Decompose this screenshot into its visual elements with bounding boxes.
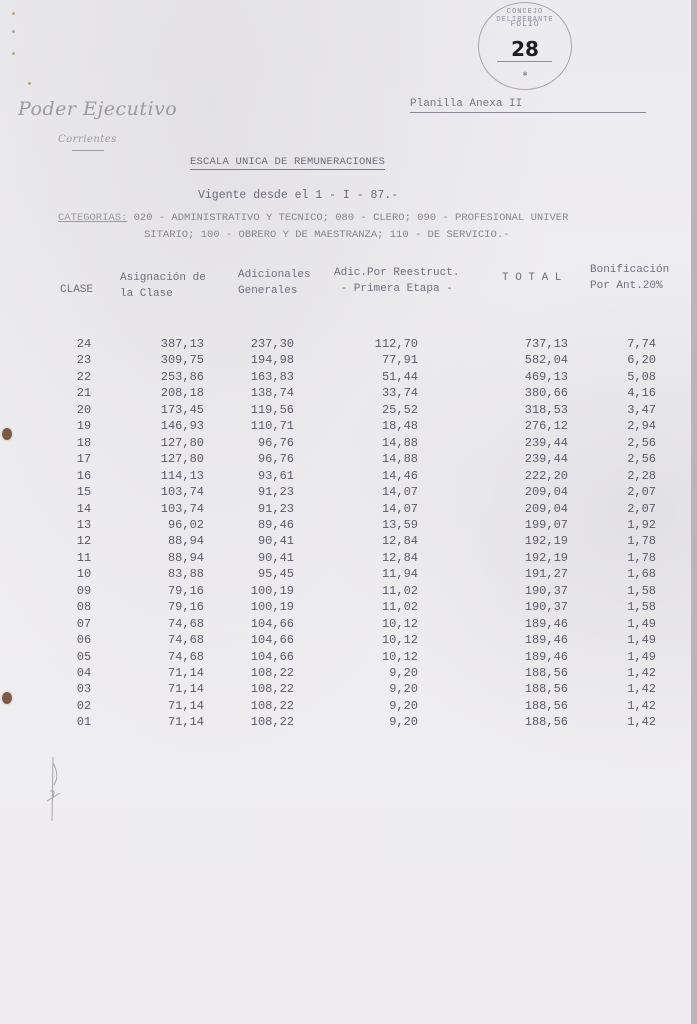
cell-bonificacion: 1,58 xyxy=(590,584,656,598)
cell-adicionales: 138,74 xyxy=(228,386,294,400)
header-asignacion-line2: la Clase xyxy=(120,286,206,302)
cell-asignacion: 103,74 xyxy=(120,502,204,516)
cell-bonificacion: 1,78 xyxy=(590,534,656,548)
cell-adicionales: 110,71 xyxy=(228,419,294,433)
cell-bonificacion: 1,42 xyxy=(590,699,656,713)
cell-adicionales: 89,46 xyxy=(228,518,294,532)
cell-clase: 17 xyxy=(60,452,108,466)
cell-clase: 24 xyxy=(60,337,108,351)
cell-bonificacion: 1,42 xyxy=(590,682,656,696)
stamp-label: FOLIO xyxy=(479,20,571,29)
header-reestruct: Adic.Por Reestruct. - Primera Etapa - xyxy=(334,265,459,297)
cell-total: 469,13 xyxy=(490,370,568,384)
cell-total: 188,56 xyxy=(490,715,568,729)
cell-adicionales: 91,23 xyxy=(228,502,294,516)
cell-asignacion: 71,14 xyxy=(120,699,204,713)
cell-asignacion: 79,16 xyxy=(120,600,204,614)
header-asignacion: Asignación de la Clase xyxy=(120,270,206,302)
table-row: 24387,13237,30112,70737,137,74 xyxy=(0,337,697,354)
cell-bonificacion: 6,20 xyxy=(590,353,656,367)
cell-clase: 02 xyxy=(60,699,108,713)
cell-adicionales: 104,66 xyxy=(228,633,294,647)
cell-adicionales: 108,22 xyxy=(228,682,294,696)
cell-reestruct: 14,46 xyxy=(340,469,418,483)
cell-total: 380,66 xyxy=(490,386,568,400)
header-adicionales-line1: Adicionales xyxy=(238,267,311,283)
cell-clase: 04 xyxy=(60,666,108,680)
cell-asignacion: 83,88 xyxy=(120,567,204,581)
cell-reestruct: 9,20 xyxy=(340,666,418,680)
header-total: T O T A L xyxy=(502,270,561,286)
cell-asignacion: 208,18 xyxy=(120,386,204,400)
cell-asignacion: 96,02 xyxy=(120,518,204,532)
table-row: 0674,68104,6610,12189,461,49 xyxy=(0,633,697,650)
cell-adicionales: 194,98 xyxy=(228,353,294,367)
cell-total: 192,19 xyxy=(490,551,568,565)
cell-total: 222,20 xyxy=(490,469,568,483)
header-asignacion-line1: Asignación de xyxy=(120,270,206,286)
cell-reestruct: 51,44 xyxy=(340,370,418,384)
cell-bonificacion: 1,92 xyxy=(590,518,656,532)
cell-total: 191,27 xyxy=(490,567,568,581)
cell-asignacion: 127,80 xyxy=(120,452,204,466)
folio-number: 28 xyxy=(479,37,571,61)
cell-reestruct: 9,20 xyxy=(340,715,418,729)
table-row: 14103,7491,2314,07209,042,07 xyxy=(0,502,697,519)
cell-clase: 12 xyxy=(60,534,108,548)
cell-reestruct: 14,88 xyxy=(340,452,418,466)
cell-reestruct: 12,84 xyxy=(340,534,418,548)
cell-total: 190,37 xyxy=(490,584,568,598)
cell-total: 582,04 xyxy=(490,353,568,367)
cell-clase: 06 xyxy=(60,633,108,647)
paper-mark xyxy=(12,52,15,55)
paper-mark xyxy=(12,12,15,15)
cell-bonificacion: 1,42 xyxy=(590,666,656,680)
table-row: 0879,16100,1911,02190,371,58 xyxy=(0,600,697,617)
cell-adicionales: 163,83 xyxy=(228,370,294,384)
header-adicionales-line2: Generales xyxy=(238,283,311,299)
table-row: 17127,8096,7614,88239,442,56 xyxy=(0,452,697,469)
cell-bonificacion: 1,49 xyxy=(590,617,656,631)
cell-reestruct: 10,12 xyxy=(340,633,418,647)
cell-asignacion: 387,13 xyxy=(120,337,204,351)
cell-reestruct: 14,07 xyxy=(340,502,418,516)
cell-clase: 18 xyxy=(60,436,108,450)
table-row: 1083,8895,4511,94191,271,68 xyxy=(0,567,697,584)
cell-bonificacion: 5,08 xyxy=(590,370,656,384)
table-row: 0979,16100,1911,02190,371,58 xyxy=(0,584,697,601)
header-bonificacion-line1: Bonificación xyxy=(590,262,669,278)
cell-clase: 08 xyxy=(60,600,108,614)
cell-clase: 13 xyxy=(60,518,108,532)
folio-stamp: CONCEJO DELIBERANTE FOLIO 28 ✱ xyxy=(478,2,572,90)
cell-clase: 15 xyxy=(60,485,108,499)
cell-asignacion: 127,80 xyxy=(120,436,204,450)
cell-asignacion: 103,74 xyxy=(120,485,204,499)
cell-bonificacion: 7,74 xyxy=(590,337,656,351)
cell-bonificacion: 2,94 xyxy=(590,419,656,433)
annex-label: Planilla Anexa II xyxy=(410,98,522,110)
cell-total: 189,46 xyxy=(490,650,568,664)
cell-clase: 20 xyxy=(60,403,108,417)
handwritten-initial-icon xyxy=(44,755,64,825)
cell-bonificacion: 2,56 xyxy=(590,436,656,450)
cell-asignacion: 88,94 xyxy=(120,551,204,565)
cell-total: 189,46 xyxy=(490,633,568,647)
document-title: ESCALA UNICA DE REMUNERACIONES xyxy=(190,156,385,170)
header-clase: CLASE xyxy=(60,282,93,298)
cell-clase: 10 xyxy=(60,567,108,581)
table-row: 22253,86163,8351,44469,135,08 xyxy=(0,370,697,387)
cell-bonificacion: 1,42 xyxy=(590,715,656,729)
categories-label: CATEGORIAS: xyxy=(58,212,127,224)
cell-reestruct: 77,91 xyxy=(340,353,418,367)
cell-adicionales: 100,19 xyxy=(228,600,294,614)
cell-asignacion: 173,45 xyxy=(120,403,204,417)
table-row: 18127,8096,7614,88239,442,56 xyxy=(0,436,697,453)
cell-reestruct: 18,48 xyxy=(340,419,418,433)
cell-adicionales: 108,22 xyxy=(228,715,294,729)
cell-clase: 09 xyxy=(60,584,108,598)
cell-bonificacion: 1,58 xyxy=(590,600,656,614)
categories-line2: SITARIO; 100 - OBRERO Y DE MAESTRANZA; 1… xyxy=(58,227,568,244)
cell-reestruct: 12,84 xyxy=(340,551,418,565)
cell-reestruct: 112,70 xyxy=(340,337,418,351)
cell-total: 239,44 xyxy=(490,436,568,450)
cell-total: 188,56 xyxy=(490,666,568,680)
document-page: Poder Ejecutivo Corrientes CONCEJO DELIB… xyxy=(0,0,697,1024)
cell-reestruct: 9,20 xyxy=(340,699,418,713)
cell-asignacion: 71,14 xyxy=(120,666,204,680)
cell-asignacion: 71,14 xyxy=(120,715,204,729)
paper-mark xyxy=(12,30,15,33)
cell-adicionales: 93,61 xyxy=(228,469,294,483)
cell-clase: 05 xyxy=(60,650,108,664)
cell-adicionales: 104,66 xyxy=(228,617,294,631)
annex-underline xyxy=(410,112,646,113)
cell-clase: 07 xyxy=(60,617,108,631)
letterhead-line1: Poder Ejecutivo xyxy=(18,98,177,120)
cell-asignacion: 71,14 xyxy=(120,682,204,696)
cell-adicionales: 108,22 xyxy=(228,699,294,713)
cell-bonificacion: 2,07 xyxy=(590,502,656,516)
letterhead-underline xyxy=(72,150,104,151)
cell-clase: 01 xyxy=(60,715,108,729)
cell-reestruct: 33,74 xyxy=(340,386,418,400)
cell-clase: 22 xyxy=(60,370,108,384)
cell-asignacion: 146,93 xyxy=(120,419,204,433)
cell-total: 188,56 xyxy=(490,682,568,696)
table-row: 20173,45119,5625,52318,533,47 xyxy=(0,403,697,420)
cell-adicionales: 90,41 xyxy=(228,551,294,565)
table-row: 0574,68104,6610,12189,461,49 xyxy=(0,650,697,667)
cell-clase: 03 xyxy=(60,682,108,696)
letterhead-line2: Corrientes xyxy=(58,134,117,145)
cell-asignacion: 114,13 xyxy=(120,469,204,483)
cell-bonificacion: 1,49 xyxy=(590,650,656,664)
cell-total: 199,07 xyxy=(490,518,568,532)
table-row: 1396,0289,4613,59199,071,92 xyxy=(0,518,697,535)
cell-asignacion: 79,16 xyxy=(120,584,204,598)
document-subtitle: Vigente desde el 1 - I - 87.- xyxy=(198,189,398,202)
cell-bonificacion: 1,49 xyxy=(590,633,656,647)
cell-clase: 21 xyxy=(60,386,108,400)
cell-bonificacion: 2,56 xyxy=(590,452,656,466)
cell-asignacion: 74,68 xyxy=(120,633,204,647)
cell-reestruct: 9,20 xyxy=(340,682,418,696)
cell-reestruct: 14,07 xyxy=(340,485,418,499)
cell-asignacion: 309,75 xyxy=(120,353,204,367)
cell-reestruct: 10,12 xyxy=(340,650,418,664)
header-reestruct-line1: Adic.Por Reestruct. xyxy=(334,265,459,281)
cell-asignacion: 253,86 xyxy=(120,370,204,384)
cell-reestruct: 11,02 xyxy=(340,584,418,598)
table-row: 15103,7491,2314,07209,042,07 xyxy=(0,485,697,502)
header-reestruct-line2: - Primera Etapa - xyxy=(334,281,459,297)
cell-bonificacion: 3,47 xyxy=(590,403,656,417)
cell-reestruct: 10,12 xyxy=(340,617,418,631)
paper-mark xyxy=(28,82,31,85)
header-bonificacion-line2: Por Ant.20% xyxy=(590,278,669,294)
header-adicionales: Adicionales Generales xyxy=(238,267,311,299)
cell-clase: 19 xyxy=(60,419,108,433)
table-row: 19146,93110,7118,48276,122,94 xyxy=(0,419,697,436)
table-row: 0471,14108,229,20188,561,42 xyxy=(0,666,697,683)
cell-total: 209,04 xyxy=(490,485,568,499)
cell-adicionales: 95,45 xyxy=(228,567,294,581)
cell-reestruct: 25,52 xyxy=(340,403,418,417)
cell-bonificacion: 1,78 xyxy=(590,551,656,565)
categories-line1: 020 - ADMINISTRATIVO Y TECNICO; 080 - CL… xyxy=(134,212,569,224)
cell-adicionales: 96,76 xyxy=(228,452,294,466)
star-icon: ✱ xyxy=(479,69,571,79)
cell-total: 192,19 xyxy=(490,534,568,548)
table-row: 21208,18138,7433,74380,664,16 xyxy=(0,386,697,403)
cell-total: 276,12 xyxy=(490,419,568,433)
header-bonificacion: Bonificación Por Ant.20% xyxy=(590,262,669,294)
cell-adicionales: 91,23 xyxy=(228,485,294,499)
cell-adicionales: 96,76 xyxy=(228,436,294,450)
cell-clase: 14 xyxy=(60,502,108,516)
cell-adicionales: 104,66 xyxy=(228,650,294,664)
table-row: 16114,1393,6114,46222,202,28 xyxy=(0,469,697,486)
table-row: 0271,14108,229,20188,561,42 xyxy=(0,699,697,716)
cell-clase: 23 xyxy=(60,353,108,367)
cell-bonificacion: 1,68 xyxy=(590,567,656,581)
cell-total: 188,56 xyxy=(490,699,568,713)
cell-total: 209,04 xyxy=(490,502,568,516)
stamp-line xyxy=(497,61,552,62)
cell-bonificacion: 4,16 xyxy=(590,386,656,400)
cell-asignacion: 88,94 xyxy=(120,534,204,548)
cell-adicionales: 237,30 xyxy=(228,337,294,351)
cell-bonificacion: 2,28 xyxy=(590,469,656,483)
table-row: 0774,68104,6610,12189,461,49 xyxy=(0,617,697,634)
cell-adicionales: 108,22 xyxy=(228,666,294,680)
cell-total: 239,44 xyxy=(490,452,568,466)
cell-clase: 16 xyxy=(60,469,108,483)
table-row: 0371,14108,229,20188,561,42 xyxy=(0,682,697,699)
cell-total: 737,13 xyxy=(490,337,568,351)
cell-total: 190,37 xyxy=(490,600,568,614)
cell-adicionales: 119,56 xyxy=(228,403,294,417)
table-row: 0171,14108,229,20188,561,42 xyxy=(0,715,697,732)
cell-total: 189,46 xyxy=(490,617,568,631)
cell-clase: 11 xyxy=(60,551,108,565)
cell-reestruct: 13,59 xyxy=(340,518,418,532)
cell-adicionales: 100,19 xyxy=(228,584,294,598)
cell-reestruct: 14,88 xyxy=(340,436,418,450)
table-row: 23309,75194,9877,91582,046,20 xyxy=(0,353,697,370)
categories-block: CATEGORIAS: 020 - ADMINISTRATIVO Y TECNI… xyxy=(58,210,568,244)
cell-reestruct: 11,94 xyxy=(340,567,418,581)
cell-asignacion: 74,68 xyxy=(120,650,204,664)
cell-adicionales: 90,41 xyxy=(228,534,294,548)
cell-bonificacion: 2,07 xyxy=(590,485,656,499)
table-row: 1188,9490,4112,84192,191,78 xyxy=(0,551,697,568)
table-row: 1288,9490,4112,84192,191,78 xyxy=(0,534,697,551)
cell-total: 318,53 xyxy=(490,403,568,417)
cell-reestruct: 11,02 xyxy=(340,600,418,614)
cell-asignacion: 74,68 xyxy=(120,617,204,631)
